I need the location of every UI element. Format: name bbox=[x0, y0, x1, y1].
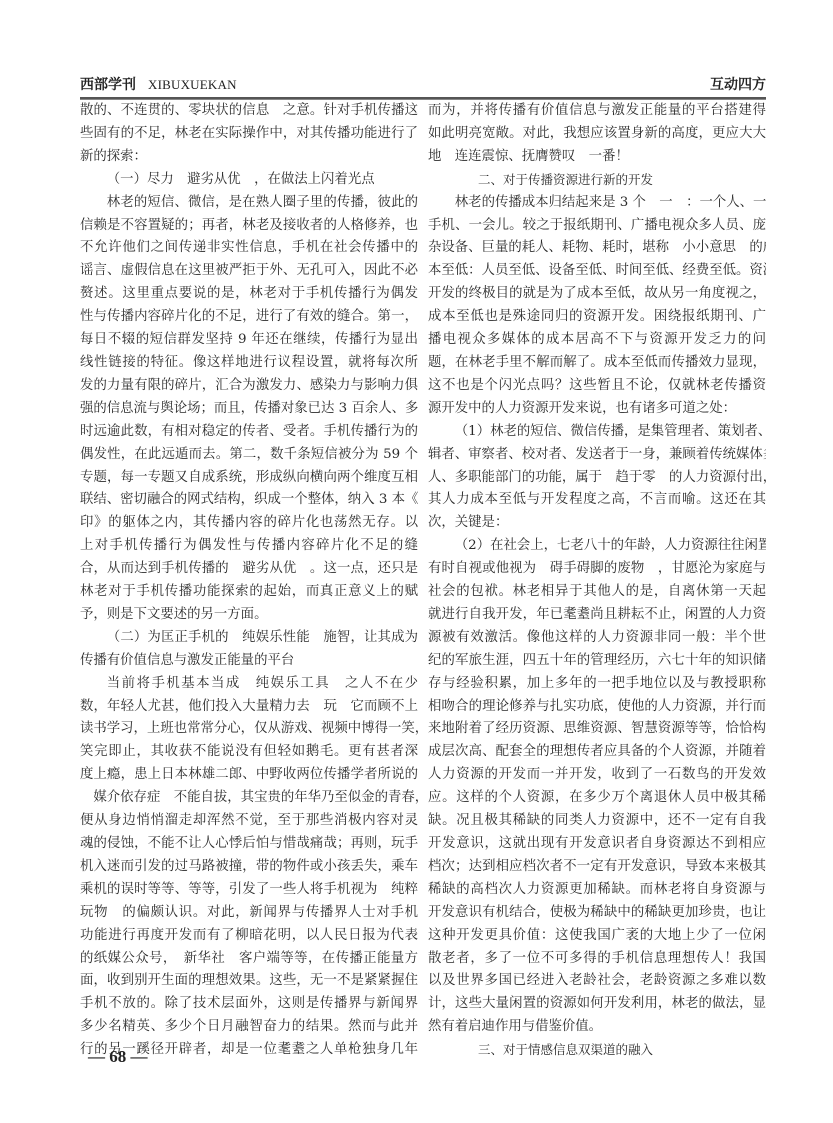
text-line: 散的、不连贯的、零块状的信息 之意。针对手机传播这 bbox=[80, 100, 418, 123]
text-line: 档次；达到相应档次者不一定有开发意识，导致本来极其 bbox=[428, 856, 766, 879]
text-line: 缺。况且极其稀缺的同类人力资源中，还不一定有自我 bbox=[428, 810, 766, 833]
text-line: 每日不辍的短信群发坚持 9 年还在继续，传播行为显出 bbox=[80, 329, 418, 352]
text-line: 林老对于手机传播功能探索的起始，而真正意义上的赋 bbox=[80, 581, 418, 604]
text-line: 予，则是下文要述的另一方面。 bbox=[80, 604, 418, 627]
text-line: 专题，每一专题又自成系统，形成纵向横向两个维度互相 bbox=[80, 467, 418, 490]
text-line: 散老者，多了一位不可多得的手机信息理想传人！我国 bbox=[428, 948, 766, 971]
page-number: — 68 — bbox=[88, 1047, 148, 1067]
text-line: 次，关键是： bbox=[428, 512, 766, 535]
text-line: 机入迷而引发的过马路被撞，带的物件或小孩丢失，乘车 bbox=[80, 856, 418, 879]
text-line: 魂的侵蚀，不能不让人心悸后怕与惜哉痛哉；再则，玩手 bbox=[80, 833, 418, 856]
text-line: 然有着启迪作用与借鉴价值。 bbox=[428, 1016, 766, 1039]
text-line: 这种开发更具价值：这使我国广袤的大地上少了一位闲 bbox=[428, 925, 766, 948]
text-line: 谣言、虚假信息在这里被严拒于外、无孔可入，因此不必 bbox=[80, 260, 418, 283]
section-title: 互动四方 bbox=[710, 74, 766, 94]
text-line: 赘述。这里重点要说的是，林老对于手机传播行为偶发 bbox=[80, 283, 418, 306]
text-line: （2）在社会上，七老八十的年龄，人力资源往往闲置， bbox=[428, 535, 766, 558]
text-line: 其人力成本至低与开发程度之高，不言而喻。这还在其 bbox=[428, 489, 766, 512]
text-line: 玩物 的偏颇认识。对此，新闻界与传播界人士对手机 bbox=[80, 902, 418, 925]
text-line: 播电视众多媒体的成本居高不下与资源开发乏力的问 bbox=[428, 329, 766, 352]
text-line: 成层次高、配套全的理想传者应具备的个人资源，并随着 bbox=[428, 741, 766, 764]
text-line: 人力资源的开发而一并开发，收到了一石数鸟的开发效 bbox=[428, 764, 766, 787]
text-line: 三、对于情感信息双渠道的融入 bbox=[428, 1039, 766, 1062]
text-line: 地 连连震惊、抚膺赞叹 一番！ bbox=[428, 146, 766, 169]
text-line: 乘机的误时等等、等等，引发了一些人将手机视为 纯粹 bbox=[80, 879, 418, 902]
journal-title: 西部学刊XIBUXUEKAN bbox=[80, 74, 237, 94]
running-header: 西部学刊XIBUXUEKAN 互动四方 bbox=[80, 72, 766, 96]
text-line: 笑完即止，其收获不能说没有但轻如鹅毛。更有甚者深 bbox=[80, 741, 418, 764]
text-line: 稀缺的高档次人力资源更加稀缺。而林老将自身资源与 bbox=[428, 879, 766, 902]
text-line: 联结、密切融合的网式结构，织成一个整体，纳入 3 本《语 bbox=[80, 489, 418, 512]
text-line: 强的信息流与舆论场；而且，传播对象已达 3 百余人、多 bbox=[80, 398, 418, 421]
text-line: 这不也是个闪光点吗？这些暂且不论，仅就林老传播资 bbox=[428, 375, 766, 398]
text-line: 偶发性，在此远遁而去。第二，数千条短信被分为 59 个 bbox=[80, 444, 418, 467]
text-line: 应。这样的个人资源，在多少万个离退休人员中极其稀 bbox=[428, 787, 766, 810]
text-line: 面，收到别开生面的理想效果。这些，无一不是紧紧握住 bbox=[80, 970, 418, 993]
text-line: 开发意识有机结合，使极为稀缺中的稀缺更加珍贵，也让 bbox=[428, 902, 766, 925]
text-line: 题，在林老手里不解而解了。成本至低而传播效力显现， bbox=[428, 352, 766, 375]
text-line: 本至低：人员至低、设备至低、时间至低、经费至低。资源 bbox=[428, 260, 766, 283]
text-line: （一）尽力 避劣从优 ，在做法上闪着光点 bbox=[80, 169, 418, 192]
text-line: 新的探索： bbox=[80, 146, 418, 169]
text-line: 信赖是不容置疑的；再者，林老及接收者的人格修养，也 bbox=[80, 215, 418, 238]
text-line: 开发的终极目的就是为了成本至低，故从另一角度视之， bbox=[428, 283, 766, 306]
text-line: 上对手机传播行为偶发性与传播内容碎片化不足的缝 bbox=[80, 535, 418, 558]
text-line: 度上瘾，患上日本林雄二郎、中野收两位传播学者所说的 bbox=[80, 764, 418, 787]
text-line: 社会的包袱。林老相异于其他人的是，自离休第一天起 bbox=[428, 581, 766, 604]
text-line: （二）为匡正手机的 纯娱乐性能 施智，让其成为 bbox=[80, 627, 418, 650]
text-line: 性与传播内容碎片化的不足，进行了有效的缝合。第一， bbox=[80, 306, 418, 329]
text-line: 就进行自我开发，年已耄耋尚且耕耘不止，闲置的人力资 bbox=[428, 604, 766, 627]
text-line: 数，年轻人尤甚，他们投入大量精力去 玩 它而顾不上 bbox=[80, 696, 418, 719]
text-line: 源被有效激活。像他这样的人力资源非同一般：半个世 bbox=[428, 627, 766, 650]
text-line: 辑者、审察者、校对者、发送者于一身，兼顾着传统媒体多 bbox=[428, 444, 766, 467]
text-line: 人、多职能部门的功能，属于 趋于零 的人力资源付出， bbox=[428, 467, 766, 490]
text-line: 当前将手机基本当成 纯娱乐工具 之人不在少 bbox=[80, 673, 418, 696]
right-column: 而为，并将传播有价值信息与激发正能量的平台搭建得如此明亮宽敞。对此，我想应该置身… bbox=[428, 100, 766, 1062]
text-line: 合，从而达到手机传播的 避劣从优 。这一点，还只是 bbox=[80, 558, 418, 581]
text-line: 时远逾此数，有相对稳定的传者、受者。手机传播行为的 bbox=[80, 421, 418, 444]
text-line: 功能进行再度开发而有了柳暗花明，以人民日报为代表 bbox=[80, 925, 418, 948]
text-line: 成本至低也是殊途同归的资源开发。困绕报纸期刊、广 bbox=[428, 306, 766, 329]
text-line: 发的力量有限的碎片，汇合为激发力、感染力与影响力俱 bbox=[80, 375, 418, 398]
text-line: 传播有价值信息与激发正能量的平台 bbox=[80, 650, 418, 673]
text-line: 手机、一会儿。较之于报纸期刊、广播电视众多人员、庞 bbox=[428, 215, 766, 238]
left-column: 散的、不连贯的、零块状的信息 之意。针对手机传播这些固有的不足，林老在实际操作中… bbox=[80, 100, 418, 1062]
text-line: 些固有的不足，林老在实际操作中，对其传播功能进行了 bbox=[80, 123, 418, 146]
journal-title-cn: 西部学刊 bbox=[80, 77, 136, 93]
text-line: 开发意识，这就出现有开发意识者自身资源达不到相应 bbox=[428, 833, 766, 856]
text-line: 以及世界多国已经进入老龄社会，老龄资源之多难以数 bbox=[428, 970, 766, 993]
text-line: 来地附着了经历资源、思维资源、智慧资源等等，恰恰构 bbox=[428, 718, 766, 741]
text-line: 不允许他们之间传递非实性信息，手机在社会传播中的 bbox=[80, 237, 418, 260]
text-line: 手机不放的。除了技术层面外，这则是传播界与新闻界 bbox=[80, 993, 418, 1016]
text-line: 计，这些大量闲置的资源如何开发利用，林老的做法，显 bbox=[428, 993, 766, 1016]
text-line: 二、对于传播资源进行新的开发 bbox=[428, 169, 766, 192]
text-line: 林老的传播成本归结起来是 3 个 一 ：一个人、一 bbox=[428, 192, 766, 215]
text-line: 的纸媒公众号， 新华社 客户端等等，在传播正能量方 bbox=[80, 948, 418, 971]
text-line: 有时自视或他视为 碍手碍脚的废物 ，甘愿沦为家庭与 bbox=[428, 558, 766, 581]
text-line: 纪的军旅生涯，四五十年的管理经历，六七十年的知识储 bbox=[428, 650, 766, 673]
text-line: 存与经验积累，加上多年的一把手地位以及与教授职称 bbox=[428, 673, 766, 696]
journal-title-latin: XIBUXUEKAN bbox=[148, 77, 237, 92]
text-line: 如此明亮宽敞。对此，我想应该置身新的高度，更应大大 bbox=[428, 123, 766, 146]
text-line: （1）林老的短信、微信传播，是集管理者、策划者、编 bbox=[428, 421, 766, 444]
text-line: 便从身边悄悄溜走却浑然不觉，至于那些消极内容对灵 bbox=[80, 810, 418, 833]
text-line: 印》的躯体之内，其传播内容的碎片化也荡然无存。以 bbox=[80, 512, 418, 535]
text-line: 媒介依存症 不能自拔，其宝贵的年华乃至似金的青春， bbox=[80, 787, 418, 810]
text-line: 源开发中的人力资源开发来说，也有诸多可道之处： bbox=[428, 398, 766, 421]
text-line: 相吻合的理论修养与扎实功底，使他的人力资源，并行而 bbox=[428, 696, 766, 719]
text-line: 而为，并将传播有价值信息与激发正能量的平台搭建得 bbox=[428, 100, 766, 123]
text-line: 杂设备、巨量的耗人、耗物、耗时，堪称 小小意思 的成 bbox=[428, 237, 766, 260]
text-line: 读书学习，上班也常常分心，仅从游戏、视频中博得一笑， bbox=[80, 718, 418, 741]
text-line: 林老的短信、微信，是在熟人圈子里的传播，彼此的 bbox=[80, 192, 418, 215]
text-line: 线性链接的特征。像这样地进行议程设置，就将每次所 bbox=[80, 352, 418, 375]
text-line: 多少名精英、多少个日月融智奋力的结果。然而与此并 bbox=[80, 1016, 418, 1039]
